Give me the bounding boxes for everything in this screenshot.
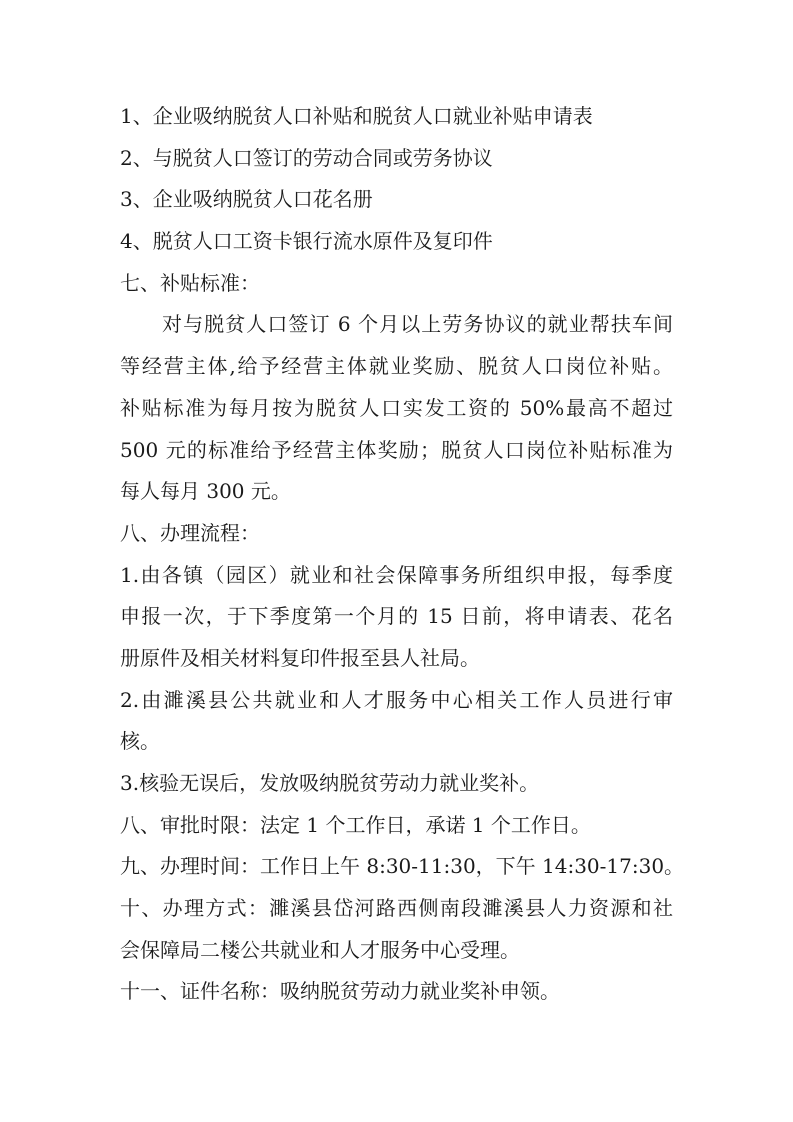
section-heading-approval-time: 八、审批时限：法定 1 个工作日，承诺 1 个工作日。 [120,805,673,847]
material-item-2: 2、与脱贫人口签订的劳动合同或劳务协议 [120,138,673,180]
section-heading-subsidy-standard: 七、补贴标准： [120,263,673,305]
paragraph-line: 500 元的标准给予经营主体奖励；脱贫人口岗位补贴标准为 [120,430,673,472]
material-item-1: 1、企业吸纳脱贫人口补贴和脱贫人口就业补贴申请表 [120,96,673,138]
process-step-2: 2.由濉溪县公共就业和人才服务中心相关工作人员进行审 [120,680,673,722]
section-heading-certificate: 十一、证件名称：吸纳脱贫劳动力就业奖补申领。 [120,971,673,1013]
process-step-3: 3.核验无误后，发放吸纳脱贫劳动力就业奖补。 [120,763,673,805]
section-method-cont: 会保障局二楼公共就业和人才服务中心受理。 [120,930,673,972]
paragraph-line: 等经营主体,给予经营主体就业奖励、脱贫人口岗位补贴。 [120,346,673,388]
material-item-4: 4、脱贫人口工资卡银行流水原件及复印件 [120,221,673,263]
process-step-1-cont: 册原件及相关材料复印件报至县人社局。 [120,638,673,680]
material-item-3: 3、企业吸纳脱贫人口花名册 [120,179,673,221]
paragraph-line: 对与脱贫人口签订 6 个月以上劳务协议的就业帮扶车间 [120,304,673,346]
document-body: 1、企业吸纳脱贫人口补贴和脱贫人口就业补贴申请表 2、与脱贫人口签订的劳动合同或… [120,96,673,1013]
section-heading-process: 八、办理流程： [120,513,673,555]
paragraph-line: 每人每月 300 元。 [120,471,673,513]
process-step-1: 1.由各镇（园区）就业和社会保障事务所组织申报，每季度 [120,555,673,597]
section-heading-office-hours: 九、办理时间：工作日上午 8:30-11:30，下午 14:30-17:30。 [120,846,673,888]
paragraph-line: 补贴标准为每月按为脱贫人口实发工资的 50%最高不超过 [120,388,673,430]
section-heading-method: 十、办理方式：濉溪县岱河路西侧南段濉溪县人力资源和社 [120,888,673,930]
process-step-2-cont: 核。 [120,721,673,763]
process-step-1-cont: 申报一次，于下季度第一个月的 15 日前，将申请表、花名 [120,596,673,638]
document-page: 1、企业吸纳脱贫人口补贴和脱贫人口就业补贴申请表 2、与脱贫人口签订的劳动合同或… [0,0,793,1122]
